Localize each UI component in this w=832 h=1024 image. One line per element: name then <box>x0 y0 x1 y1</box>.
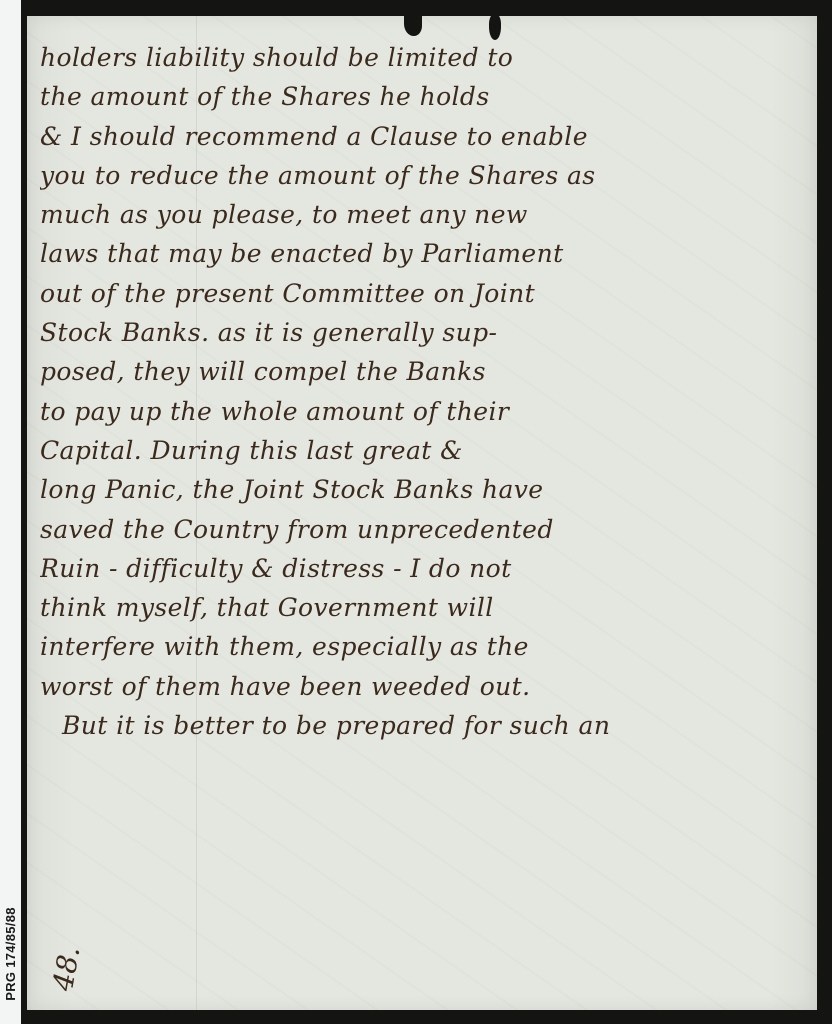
text-line: Ruin - difficulty & distress - I do not <box>40 549 810 588</box>
text-line: you to reduce the amount of the Shares a… <box>40 156 810 195</box>
text-line: Stock Banks. as it is generally sup- <box>40 313 810 352</box>
text-line: posed, they will compel the Banks <box>40 352 810 391</box>
archive-margin: PRG 174/85/88 <box>0 0 21 1024</box>
text-line: to pay up the whole amount of their <box>40 392 810 431</box>
text-line: much as you please, to meet any new <box>40 195 810 234</box>
archive-reference-label: PRG 174/85/88 <box>3 899 19 1009</box>
text-line: interfere with them, especially as the <box>40 627 810 666</box>
text-line: But it is better to be prepared for such… <box>40 706 810 745</box>
text-line: think myself, that Government will <box>40 588 810 627</box>
text-line: & I should recommend a Clause to enable <box>40 117 810 156</box>
paper-tear-right <box>489 14 501 40</box>
text-line: the amount of the Shares he holds <box>40 77 810 116</box>
text-line: worst of them have been weeded out. <box>40 667 810 706</box>
text-line: saved the Country from unprecedented <box>40 510 810 549</box>
handwritten-text: holders liability should be limited to t… <box>40 38 810 745</box>
text-line: long Panic, the Joint Stock Banks have <box>40 470 810 509</box>
paper-tear-left <box>404 14 422 36</box>
text-line: laws that may be enacted by Parliament <box>40 234 810 273</box>
text-line: out of the present Committee on Joint <box>40 274 810 313</box>
text-line: holders liability should be limited to <box>40 38 810 77</box>
text-line: Capital. During this last great & <box>40 431 810 470</box>
